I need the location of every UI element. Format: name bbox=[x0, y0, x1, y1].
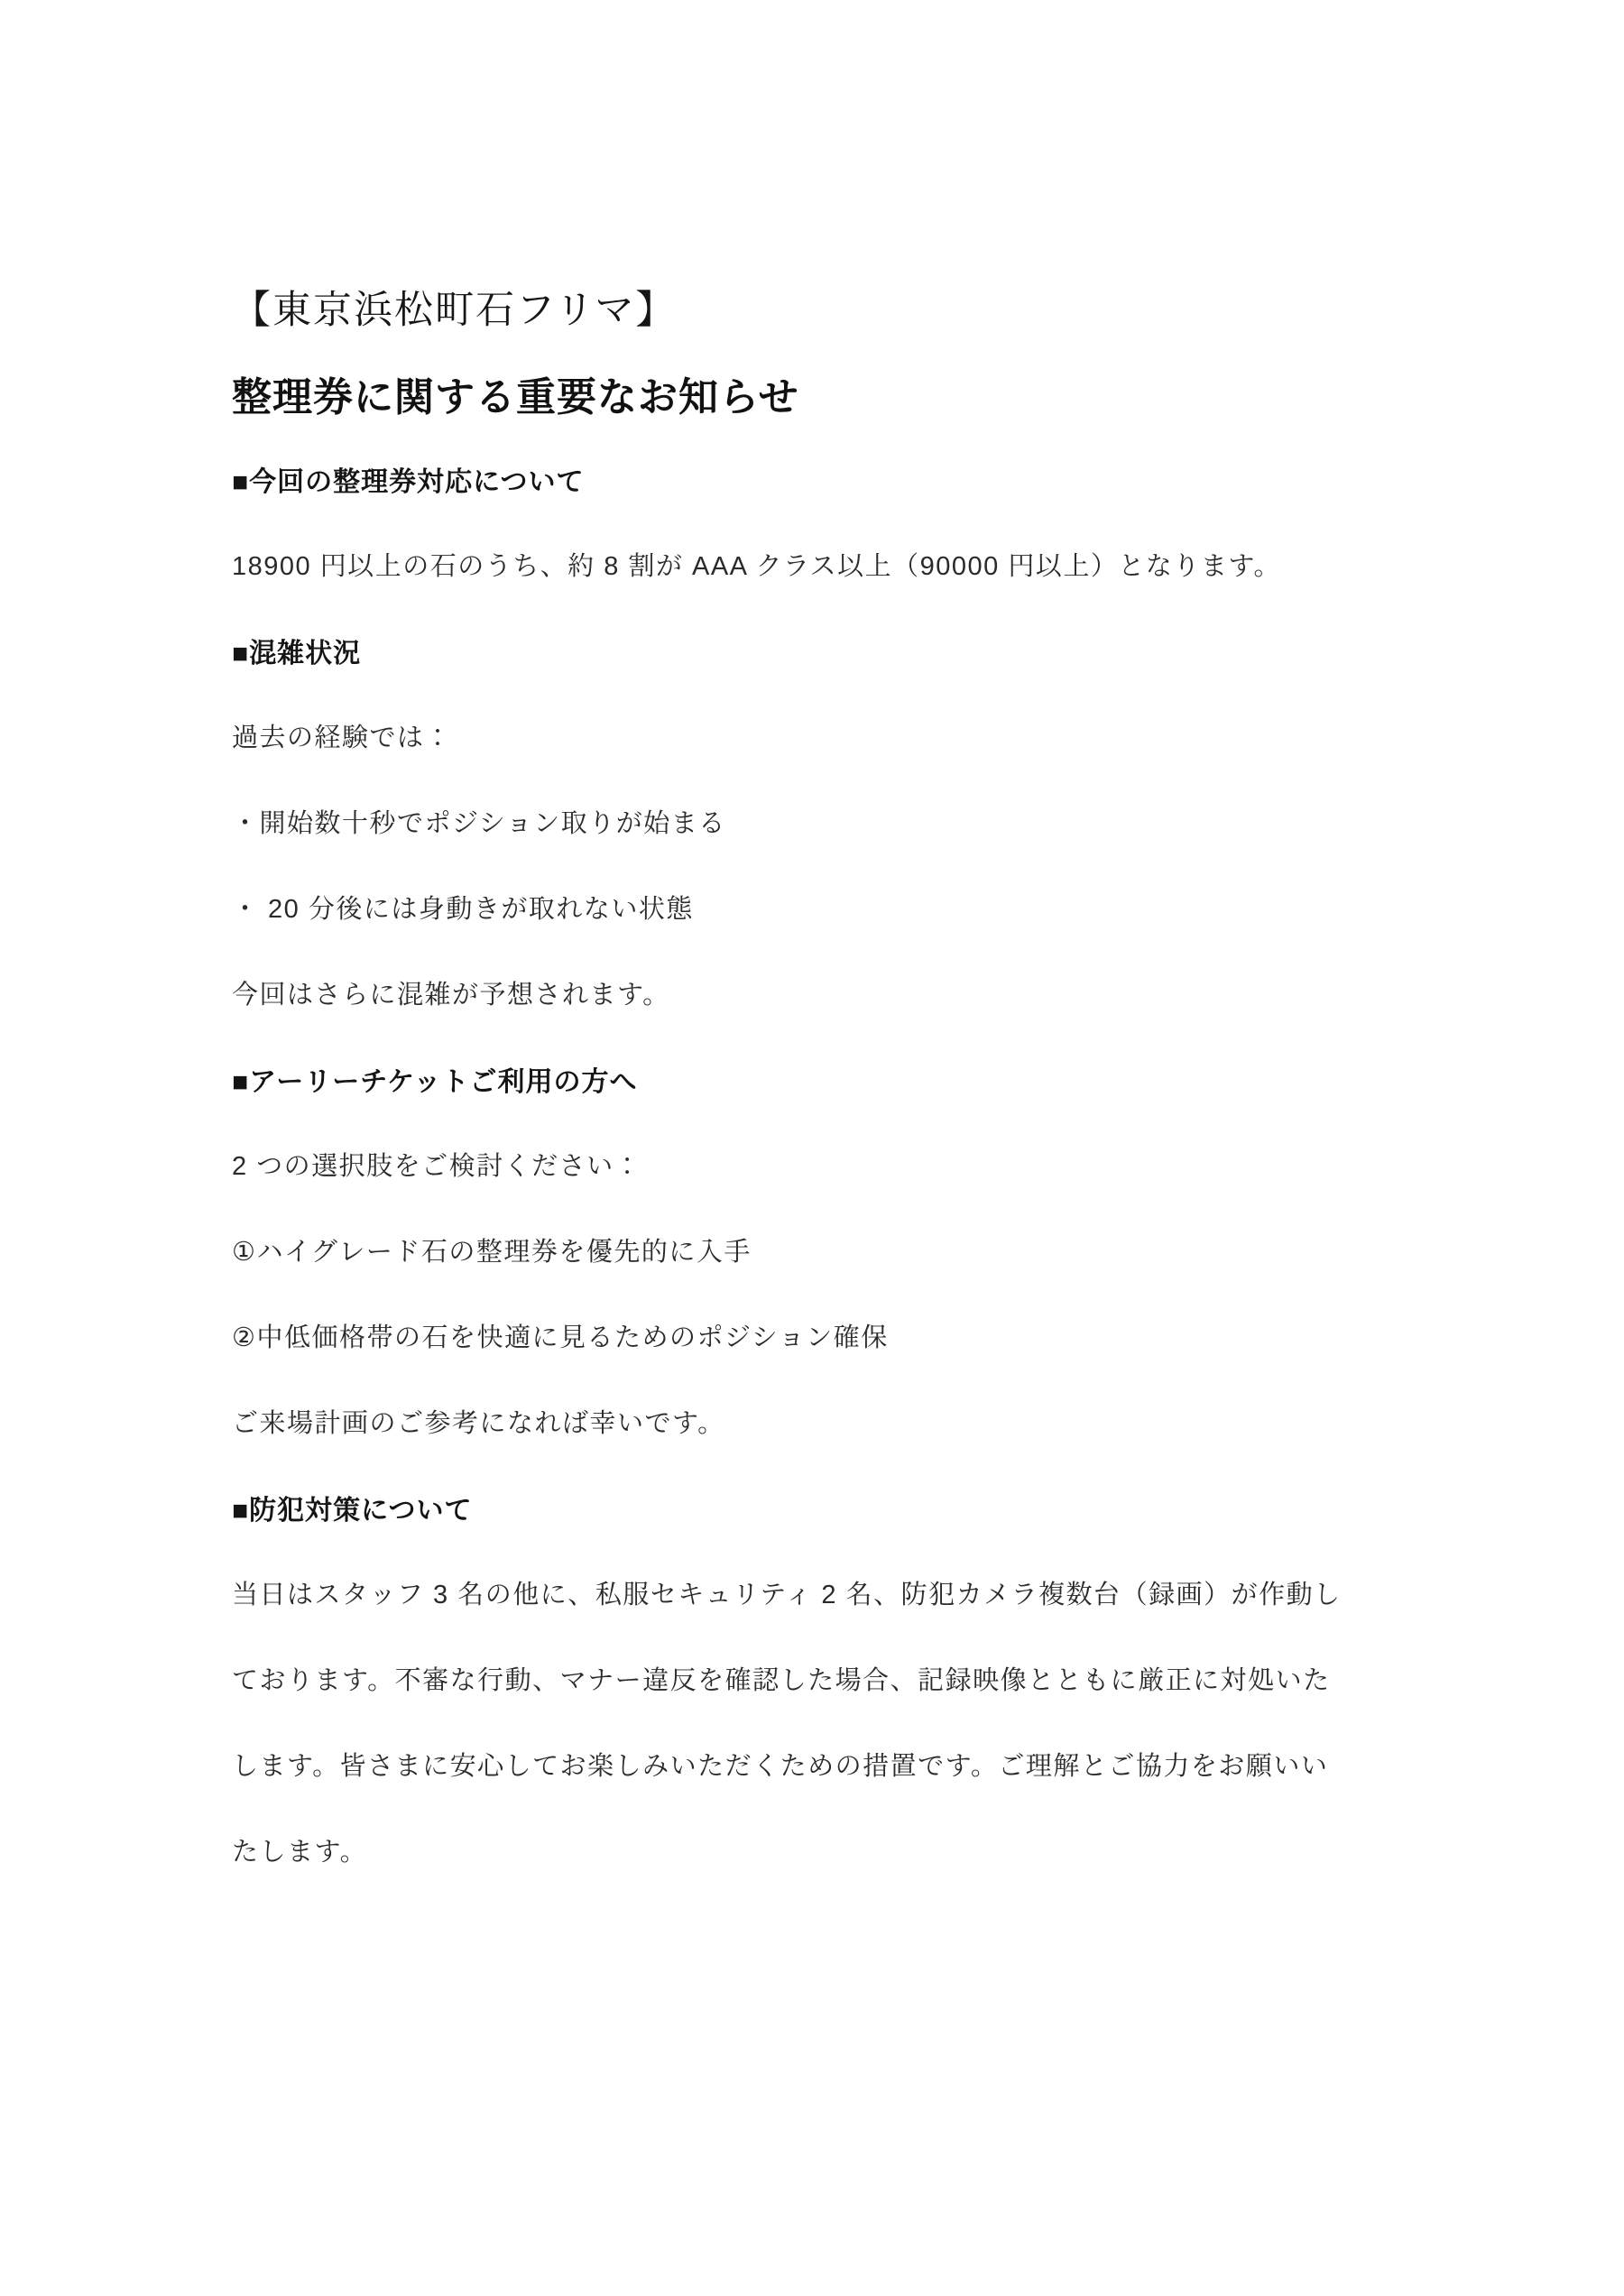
section-header-congestion: ■混雑状況 bbox=[232, 607, 1392, 693]
numbered-option-line: ①ハイグレード石の整理券を優先的に入手 bbox=[232, 1207, 1392, 1293]
body-line: たします。 bbox=[232, 1807, 1392, 1893]
body-line: ております。不審な行動、マナー違反を確認した場合、記録映像とともに厳正に対処いた bbox=[232, 1636, 1392, 1721]
body-line: 18900 円以上の石のうち、約 8 割が AAA クラス以上（90000 円以… bbox=[232, 521, 1392, 607]
body-line: 過去の経験では： bbox=[232, 693, 1392, 779]
body-line: ご来場計画のご参考になれば幸いです。 bbox=[232, 1379, 1392, 1464]
body-line: します。皆さまに安心してお楽しみいただくための措置です。ご理解とご協力をお願いい bbox=[232, 1721, 1392, 1807]
section-header-security: ■防犯対策について bbox=[232, 1464, 1392, 1550]
bullet-line: ・ 20 分後には身動きが取れない状態 bbox=[232, 864, 1392, 950]
section-header-early-ticket: ■アーリーチケットご利用の方へ bbox=[232, 1036, 1392, 1121]
body-line: 今回はさらに混雑が予想されます。 bbox=[232, 950, 1392, 1036]
document-heading: 整理券に関する重要なお知らせ bbox=[232, 350, 1392, 436]
body-line: 当日はスタッフ 3 名の他に、私服セキュリティ 2 名、防犯カメラ複数台（録画）… bbox=[232, 1550, 1392, 1636]
document-title: 【東京浜松町石フリマ】 bbox=[232, 264, 1392, 350]
section-header-ticket-policy: ■今回の整理券対応について bbox=[232, 436, 1392, 521]
body-line: 2 つの選択肢をご検討ください： bbox=[232, 1121, 1392, 1207]
numbered-option-line: ②中低価格帯の石を快適に見るためのポジション確保 bbox=[232, 1293, 1392, 1379]
document-page: 【東京浜松町石フリマ】 整理券に関する重要なお知らせ ■今回の整理券対応について… bbox=[0, 0, 1624, 2296]
document-content: 【東京浜松町石フリマ】 整理券に関する重要なお知らせ ■今回の整理券対応について… bbox=[232, 264, 1392, 1893]
bullet-line: ・開始数十秒でポジション取りが始まる bbox=[232, 779, 1392, 864]
